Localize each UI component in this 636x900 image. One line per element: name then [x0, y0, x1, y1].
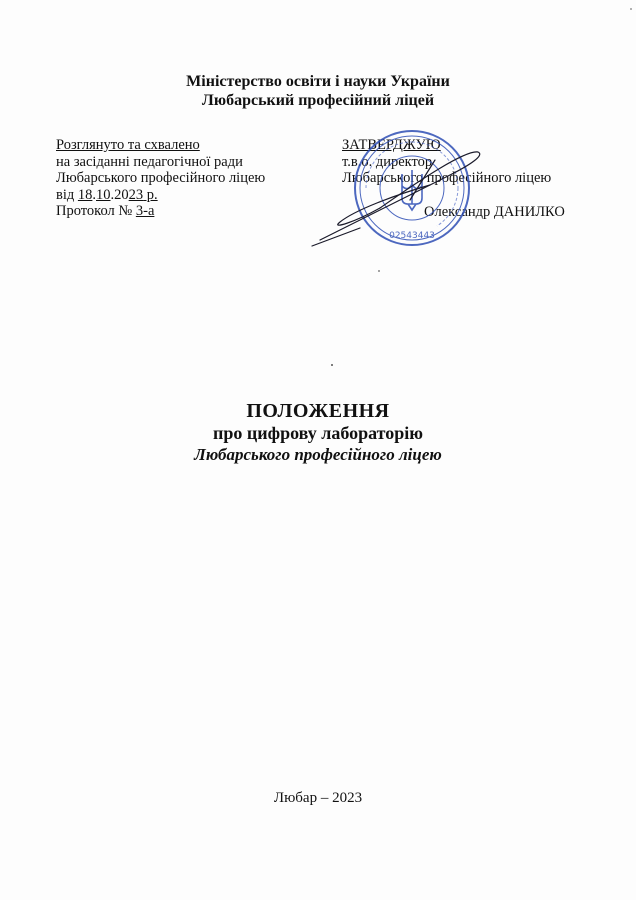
director-institution: Любарського професійного ліцею [342, 170, 565, 187]
review-approval-block: Розглянуто та схвалено на засіданні педа… [56, 137, 265, 220]
protocol-line: Протокол № 3-а [56, 203, 265, 220]
date-year-prefix: 20 [114, 187, 129, 203]
scan-speck [378, 270, 380, 272]
director-approval-block: ЗАТВЕРДЖУЮ т.в.о. директор Любарського п… [342, 137, 565, 220]
document-subtitle: про цифрову лабораторію [0, 422, 636, 444]
document-header: Міністерство освіти і науки України Люба… [0, 72, 636, 110]
institution-name: Любарський професійний ліцей [0, 91, 636, 110]
date-suffix: р. [143, 187, 158, 203]
place-and-year: Любар – 2023 [0, 790, 636, 807]
stamp-code: 02543443 [389, 231, 435, 241]
review-line-institution: Любарського професійного ліцею [56, 170, 265, 187]
document-institution: Любарського професійного ліцею [0, 444, 636, 466]
document-title: ПОЛОЖЕННЯ [0, 400, 636, 422]
document-title-block: ПОЛОЖЕННЯ про цифрову лабораторію Любарс… [0, 400, 636, 466]
review-line-council: на засіданні педагогічної ради [56, 154, 265, 171]
ministry-name: Міністерство освіти і науки України [0, 72, 636, 91]
scan-speck [331, 364, 333, 366]
review-date: від 18.10.2023 р. [56, 187, 265, 204]
protocol-prefix: Протокол № [56, 203, 136, 219]
date-year-suffix: 23 [129, 187, 144, 203]
review-title: Розглянуто та схвалено [56, 137, 265, 154]
document-page: Міністерство освіти і науки України Люба… [0, 0, 636, 900]
director-position: т.в.о. директор [342, 154, 565, 171]
approve-title: ЗАТВЕРДЖУЮ [342, 137, 565, 154]
date-month: 10 [96, 187, 111, 203]
signer-name: Олександр ДАНИЛКО [342, 204, 565, 221]
protocol-number: 3-а [136, 203, 155, 219]
date-prefix: від [56, 187, 78, 203]
date-day: 18 [78, 187, 93, 203]
scan-speck [630, 8, 632, 10]
